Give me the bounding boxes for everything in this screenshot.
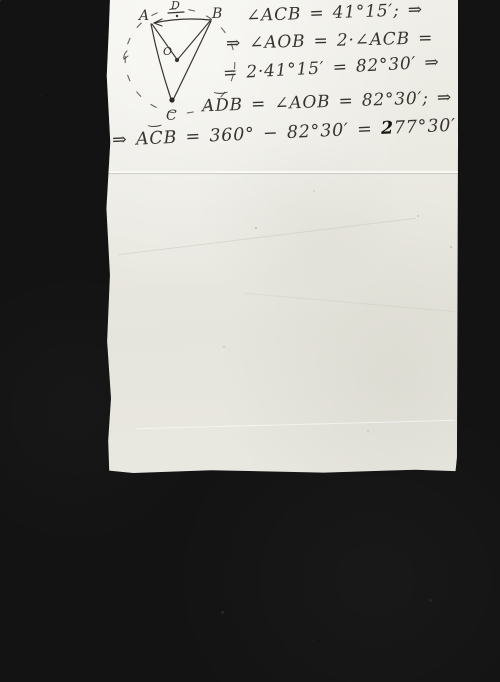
- arc-ACB: ⌣ACB: [136, 128, 178, 150]
- segment-AC: [151, 24, 171, 99]
- overwritten-digit: 2: [381, 118, 395, 139]
- arc-over-symbol: ⌣: [147, 117, 166, 133]
- line4-equation: = ∠AOB = 82°30′; ⇒: [243, 88, 453, 115]
- paper-crease-line: [135, 420, 455, 429]
- paper-fold-crease: [105, 171, 458, 173]
- label-A: A: [137, 8, 149, 24]
- dot-at-D: [176, 15, 178, 17]
- paper-crease-line: [118, 218, 416, 256]
- implies-arrow: ⇒: [112, 130, 137, 151]
- segment-BO: [178, 21, 210, 59]
- arc-ADB: ⌣ADB: [202, 95, 243, 116]
- solution-line-5: ⇒ ⌣ACB = 360° − 82°30′ = 277°30′.: [112, 115, 463, 150]
- arc-over-symbol: ⌣: [213, 84, 232, 100]
- paper-speckles: [105, 0, 107, 2]
- notebook-paper-scrap: A B C O D ∠ACB = 41°15′; ⇒ ⇒ ∠AOB = 2·∠A…: [105, 0, 458, 474]
- line5-result: 77°30′.: [394, 115, 463, 138]
- label-O: O: [163, 45, 172, 58]
- solution-line-2: ⇒ ∠AOB = 2·∠ACB =: [226, 28, 434, 53]
- scanned-photo-background: A B C O D ∠ACB = 41°15′; ⇒ ⇒ ∠AOB = 2·∠A…: [0, 0, 500, 682]
- vertex-point-C: [169, 97, 174, 102]
- label-D: D: [170, 0, 180, 12]
- label-C: C: [166, 108, 177, 124]
- tick-at-D: [168, 12, 184, 13]
- center-point-O: [175, 58, 179, 62]
- paper-crease-line: [245, 293, 454, 312]
- solution-line-1: ∠ACB = 41°15′; ⇒: [246, 0, 423, 26]
- label-B: B: [211, 6, 222, 22]
- stray-pen-mark: [124, 51, 128, 59]
- scanner-dust-specks: [0, 0, 1, 1]
- segment-AB: [154, 19, 211, 23]
